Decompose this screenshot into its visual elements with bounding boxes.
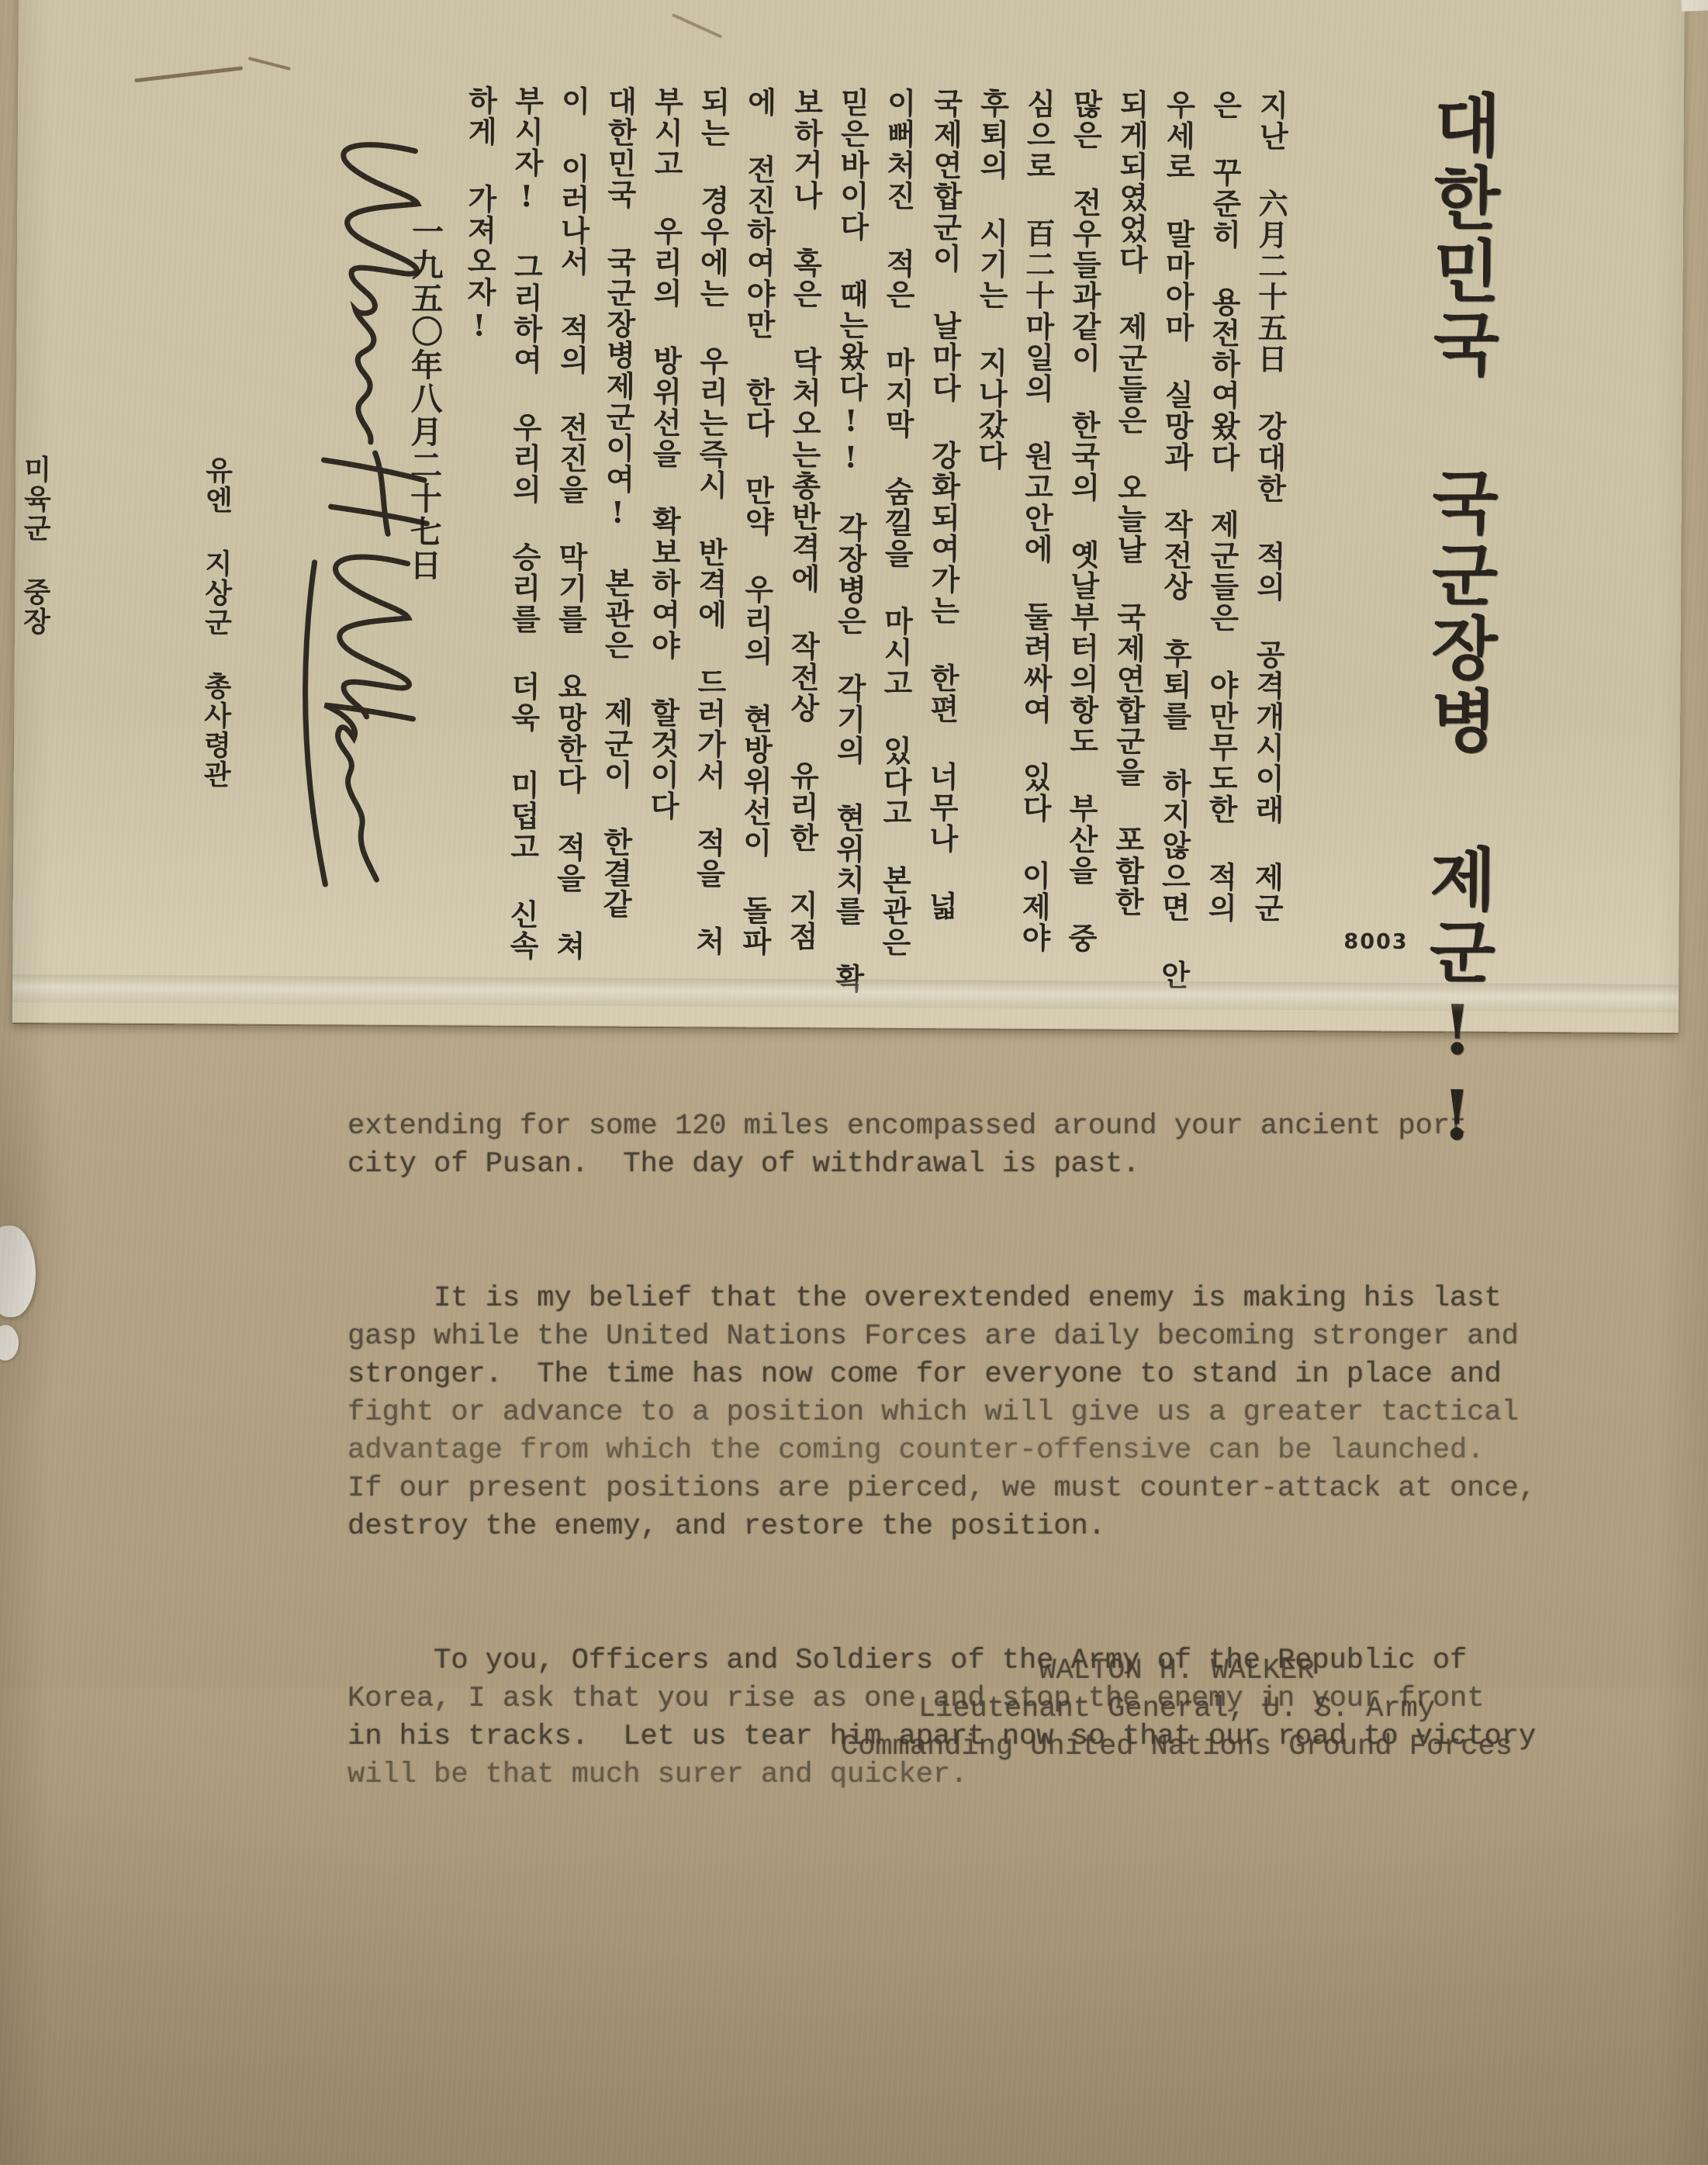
leaflet-column: 에 전진하여야만 한다 만약 우리의 현방위선이 돌파	[731, 87, 783, 1015]
leaflet-column: 이 이러나서 적의 전진을 막기를 요망한다 적을 쳐	[545, 85, 596, 1013]
leaflet-column: 믿은바이다 때는왔다!! 각장병은 각기의 현위치를 확	[824, 87, 876, 1015]
leaflet-column: 부시고 우리의 방위선을 확보하여야 할것이다	[638, 86, 690, 1014]
typed-line: If our present positions are pierced, we…	[347, 1470, 1620, 1508]
typed-line: destroy the enemy, and restore the posit…	[347, 1508, 1620, 1546]
leaflet-title: 대한민국 국군장병 제군!!	[1409, 89, 1512, 1021]
paper-crack	[134, 66, 243, 82]
signer-title-lt-general: 미육군 중장	[2, 455, 66, 936]
leaflet-column: 심으로 百二十마일의 원고안에 둘려싸여 있다 이제야	[1010, 88, 1062, 1016]
leaflet-signer-block: 유엔 지상군 총사령관 미육군 중장 왈톤 H 워ーー커	[171, 455, 368, 938]
leaflet-column: 되게되였었다 제군들은 오늘날 국제연합군을 포함한	[1103, 89, 1155, 1017]
paper-crack	[248, 57, 291, 71]
signature-line: WALTON H. WALKER	[827, 1652, 1526, 1690]
leaflet-column: 대한민국 국군장병제군이여! 본관은 제군이 한결같	[591, 86, 643, 1014]
leaflet-column: 우세로 말마아마 실망과 작전상 후퇴를 하지않으면 안	[1150, 89, 1201, 1017]
leaflet-column: 이뻐처진 적은 마지막 숨낄을 마시고 있다고 본관은	[870, 88, 922, 1015]
paper-scuff	[0, 1039, 116, 1520]
leaflet-serial-number: 8003	[1343, 929, 1408, 954]
korean-leaflet: 대한민국 국군장병 제군!! 지난 六月二十五日 강대한 적의 공격개시이래 제…	[12, 0, 1685, 1033]
paper-edge-sliver	[1682, 0, 1708, 12]
leaflet-column: 국제연합군이 날마다 강화되여가는 한편 너무나 넓	[917, 88, 969, 1015]
typed-line: advantage from which the coming counter-…	[347, 1432, 1620, 1470]
typed-line: stronger. The time has now come for ever…	[347, 1356, 1620, 1394]
paper-crack	[672, 13, 722, 39]
typed-signature-block: WALTON H. WALKERLieutenant General, U. S…	[827, 1652, 1526, 1766]
leaflet-column: 하게 가져오자!	[451, 85, 503, 1012]
leaflet-column: 많은 전우들과같이 한국의 옛날부터의항도 부산을 중	[1056, 88, 1108, 1016]
signature-line: Commanding United Nations Ground Forces	[827, 1728, 1526, 1766]
scanned-document-page: extending for some 120 miles encompassed…	[0, 0, 1708, 2165]
typed-line: fight or advance to a position which wil…	[347, 1394, 1620, 1432]
leaflet-column: 보하거나 혹은 닥처오는총반격에 작전상 유리한 지점	[777, 87, 829, 1015]
letter-paragraph: It is my belief that the overextended en…	[347, 1280, 1620, 1546]
leaflet-column: 은 꾸준히 용전하여왔다 제군들은 야만무도한 적의	[1196, 89, 1248, 1017]
signature-line: Lieutenant General, U. S. Army	[827, 1690, 1526, 1728]
leaflet-column: 후퇴의 시기는 지나갔다	[963, 88, 1015, 1015]
signer-title-un-ground-forces: 유엔 지상군 총사령관	[184, 455, 247, 936]
leaflet-body-columns: 지난 六月二十五日 강대한 적의 공격개시이래 제군은 꾸준히 용전하여왔다 제…	[475, 85, 1388, 1019]
leaflet-column: 되는 경우에는 우리는즉시 반격에 드러가서 적을 처	[684, 86, 736, 1014]
leaflet-column: 지난 六月二十五日 강대한 적의 공격개시이래 제군	[1243, 90, 1295, 1018]
leaflet-column: 부시자! 그리하여 우리의 승리를 더욱 미덥고 신속	[498, 85, 550, 1013]
typed-line: gasp while the United Nations Forces are…	[347, 1318, 1620, 1356]
typed-line: It is my belief that the overextended en…	[347, 1280, 1620, 1318]
